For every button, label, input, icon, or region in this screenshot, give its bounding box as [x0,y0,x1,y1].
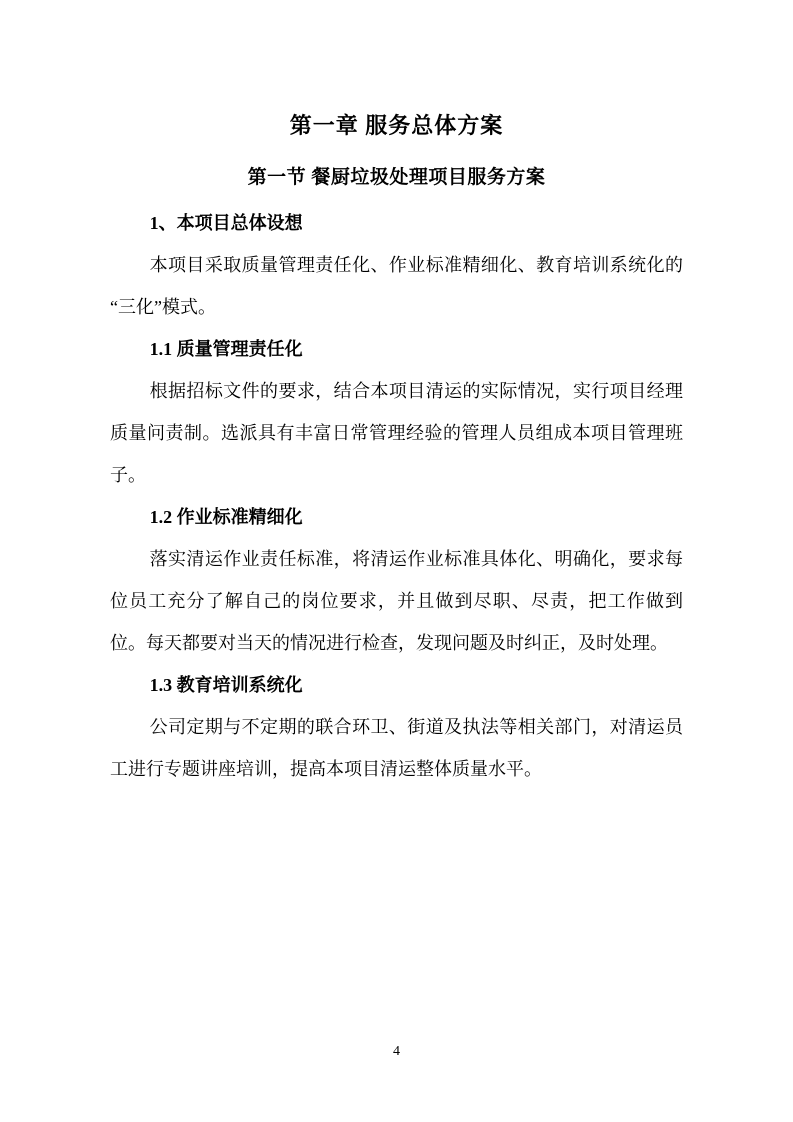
section-title: 第一节 餐厨垃圾处理项目服务方案 [110,158,683,198]
section-education-training: 1.3 教育培训系统化 公司定期与不定期的联合环卫、街道及执法等相关部门，对清运… [110,664,683,790]
heading-quality-management: 1.1 质量管理责任化 [110,328,683,370]
heading-work-standards: 1.2 作业标准精细化 [110,496,683,538]
heading-education-training: 1.3 教育培训系统化 [110,664,683,706]
paragraph-education-training: 公司定期与不定期的联合环卫、街道及执法等相关部门，对清运员工进行专题讲座培训，提… [110,706,683,790]
page-number: 4 [0,1044,793,1060]
section-quality-management: 1.1 质量管理责任化 根据招标文件的要求，结合本项目清运的实际情况，实行项目经… [110,328,683,496]
heading-overview: 1、本项目总体设想 [110,202,683,244]
section-work-standards: 1.2 作业标准精细化 落实清运作业责任标准，将清运作业标准具体化、明确化，要求… [110,496,683,664]
section-overview: 1、本项目总体设想 本项目采取质量管理责任化、作业标准精细化、教育培训系统化的“… [110,202,683,328]
paragraph-quality-management: 根据招标文件的要求，结合本项目清运的实际情况，实行项目经理质量问责制。选派具有丰… [110,370,683,496]
paragraph-overview: 本项目采取质量管理责任化、作业标准精细化、教育培训系统化的“三化”模式。 [110,244,683,328]
document-page: 第一章 服务总体方案 第一节 餐厨垃圾处理项目服务方案 1、本项目总体设想 本项… [0,0,793,1122]
paragraph-work-standards: 落实清运作业责任标准，将清运作业标准具体化、明确化，要求每位员工充分了解自己的岗… [110,538,683,664]
chapter-title: 第一章 服务总体方案 [110,106,683,146]
